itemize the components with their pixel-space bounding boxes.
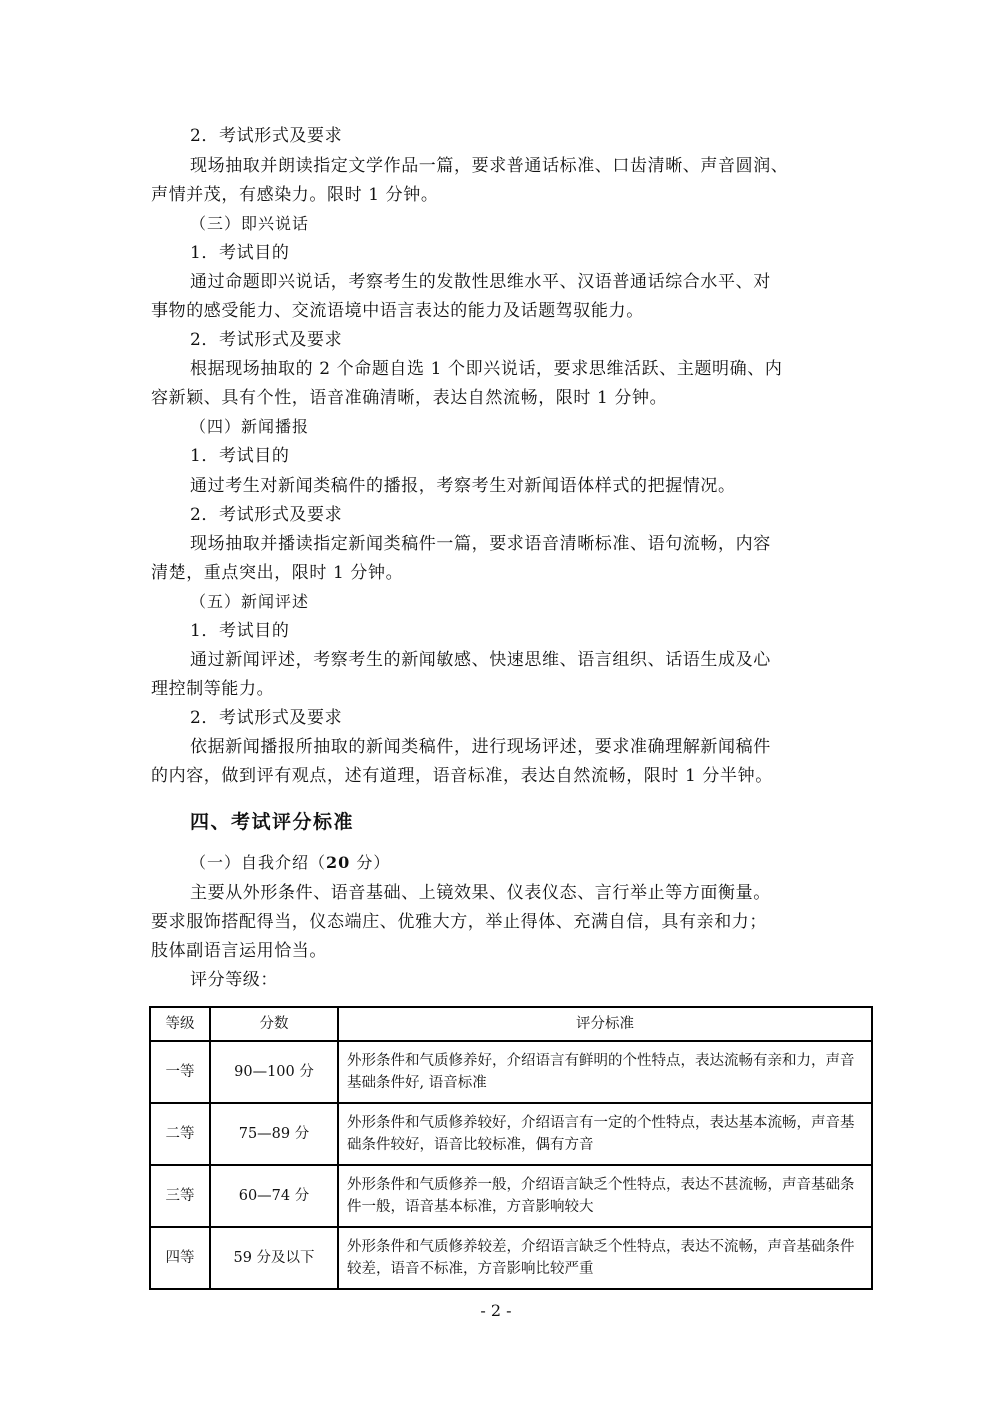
cell-score: 59 分及以下 bbox=[210, 1227, 338, 1289]
paragraph-line: 2．考试形式及要求 bbox=[190, 708, 342, 728]
paragraph-line: 理控制等能力。 bbox=[151, 679, 274, 699]
table-row: 二等 75—89 分 外形条件和气质修养较好，介绍语言有一定的个性特点，表达基本… bbox=[150, 1103, 872, 1165]
header-criteria: 评分标准 bbox=[338, 1007, 872, 1041]
paragraph-line: 1．考试目的 bbox=[190, 243, 289, 263]
cell-criteria: 外形条件和气质修养较好，介绍语言有一定的个性特点，表达基本流畅，声音基础条件较好… bbox=[338, 1103, 872, 1165]
subsection-heading: （一）自我介绍（20 分） bbox=[190, 853, 390, 873]
table-header-row: 等级 分数 评分标准 bbox=[150, 1007, 872, 1041]
paragraph-line: 事物的感受能力、交流语境中语言表达的能力及话题驾驭能力。 bbox=[151, 301, 644, 321]
cell-score: 75—89 分 bbox=[210, 1103, 338, 1165]
subsection-prefix: （一）自我介绍（ bbox=[190, 853, 326, 872]
subsection-heading: （三）即兴说话 bbox=[190, 214, 309, 234]
paragraph-line: 通过考生对新闻类稿件的播报，考察考生对新闻语体样式的把握情况。 bbox=[190, 476, 736, 496]
cell-level: 四等 bbox=[150, 1227, 210, 1289]
paragraph-line: 通过新闻评述，考察考生的新闻敏感、快速思维、语言组织、话语生成及心 bbox=[190, 650, 771, 670]
paragraph-line: 的内容，做到评有观点，述有道理，语音标准，表达自然流畅，限时 1 分半钟。 bbox=[151, 766, 773, 786]
cell-criteria: 外形条件和气质修养好，介绍语言有鲜明的个性特点，表达流畅有亲和力，声音基础条件好… bbox=[338, 1041, 872, 1103]
header-level: 等级 bbox=[150, 1007, 210, 1041]
paragraph-line: 1．考试目的 bbox=[190, 621, 289, 641]
paragraph-line: 现场抽取并播读指定新闻类稿件一篇，要求语音清晰标准、语句流畅，内容 bbox=[190, 534, 771, 554]
paragraph-line: 容新颖、具有个性，语音准确清晰，表达自然流畅，限时 1 分钟。 bbox=[151, 388, 667, 408]
section-heading: 四、考试评分标准 bbox=[190, 807, 354, 834]
paragraph-line: 要求服饰搭配得当，仪态端庄、优雅大方，举止得体、充满自信，具有亲和力； bbox=[151, 912, 767, 932]
paragraph-line: 评分等级： bbox=[190, 970, 278, 990]
paragraph-line: 2．考试形式及要求 bbox=[190, 126, 342, 146]
cell-score: 90—100 分 bbox=[210, 1041, 338, 1103]
page-number: - 2 - bbox=[0, 1301, 992, 1320]
paragraph-line: 通过命题即兴说话，考察考生的发散性思维水平、汉语普通话综合水平、对 bbox=[190, 272, 771, 292]
paragraph-line: 根据现场抽取的 2 个命题自选 1 个即兴说话，要求思维活跃、主题明确、内 bbox=[190, 359, 782, 379]
paragraph-line: 肢体副语言运用恰当。 bbox=[151, 941, 327, 961]
grade-table: 等级 分数 评分标准 一等 90—100 分 外形条件和气质修养好，介绍语言有鲜… bbox=[149, 1006, 873, 1290]
cell-level: 一等 bbox=[150, 1041, 210, 1103]
paragraph-line: 依据新闻播报所抽取的新闻类稿件，进行现场评述，要求准确理解新闻稿件 bbox=[190, 737, 771, 757]
table-row: 三等 60—74 分 外形条件和气质修养一般，介绍语言缺乏个性特点，表达不甚流畅… bbox=[150, 1165, 872, 1227]
subsection-points: 20 bbox=[326, 853, 350, 872]
paragraph-line: 现场抽取并朗读指定文学作品一篇，要求普通话标准、口齿清晰、声音圆润、 bbox=[190, 156, 788, 176]
paragraph-line: 2．考试形式及要求 bbox=[190, 505, 342, 525]
subsection-suffix: 分） bbox=[350, 853, 390, 872]
subsection-heading: （四）新闻播报 bbox=[190, 417, 309, 437]
paragraph-line: 清楚，重点突出，限时 1 分钟。 bbox=[151, 563, 403, 583]
subsection-heading: （五）新闻评述 bbox=[190, 592, 309, 612]
cell-criteria: 外形条件和气质修养较差，介绍语言缺乏个性特点，表达不流畅，声音基础条件较差，语音… bbox=[338, 1227, 872, 1289]
table-row: 四等 59 分及以下 外形条件和气质修养较差，介绍语言缺乏个性特点，表达不流畅，… bbox=[150, 1227, 872, 1289]
cell-level: 三等 bbox=[150, 1165, 210, 1227]
paragraph-line: 2．考试形式及要求 bbox=[190, 330, 342, 350]
paragraph-line: 1．考试目的 bbox=[190, 446, 289, 466]
cell-level: 二等 bbox=[150, 1103, 210, 1165]
paragraph-line: 声情并茂，有感染力。限时 1 分钟。 bbox=[151, 185, 438, 205]
cell-criteria: 外形条件和气质修养一般，介绍语言缺乏个性特点，表达不甚流畅，声音基础条件一般，语… bbox=[338, 1165, 872, 1227]
table-row: 一等 90—100 分 外形条件和气质修养好，介绍语言有鲜明的个性特点，表达流畅… bbox=[150, 1041, 872, 1103]
header-score: 分数 bbox=[210, 1007, 338, 1041]
paragraph-line: 主要从外形条件、语音基础、上镜效果、仪表仪态、言行举止等方面衡量。 bbox=[190, 883, 771, 903]
cell-score: 60—74 分 bbox=[210, 1165, 338, 1227]
